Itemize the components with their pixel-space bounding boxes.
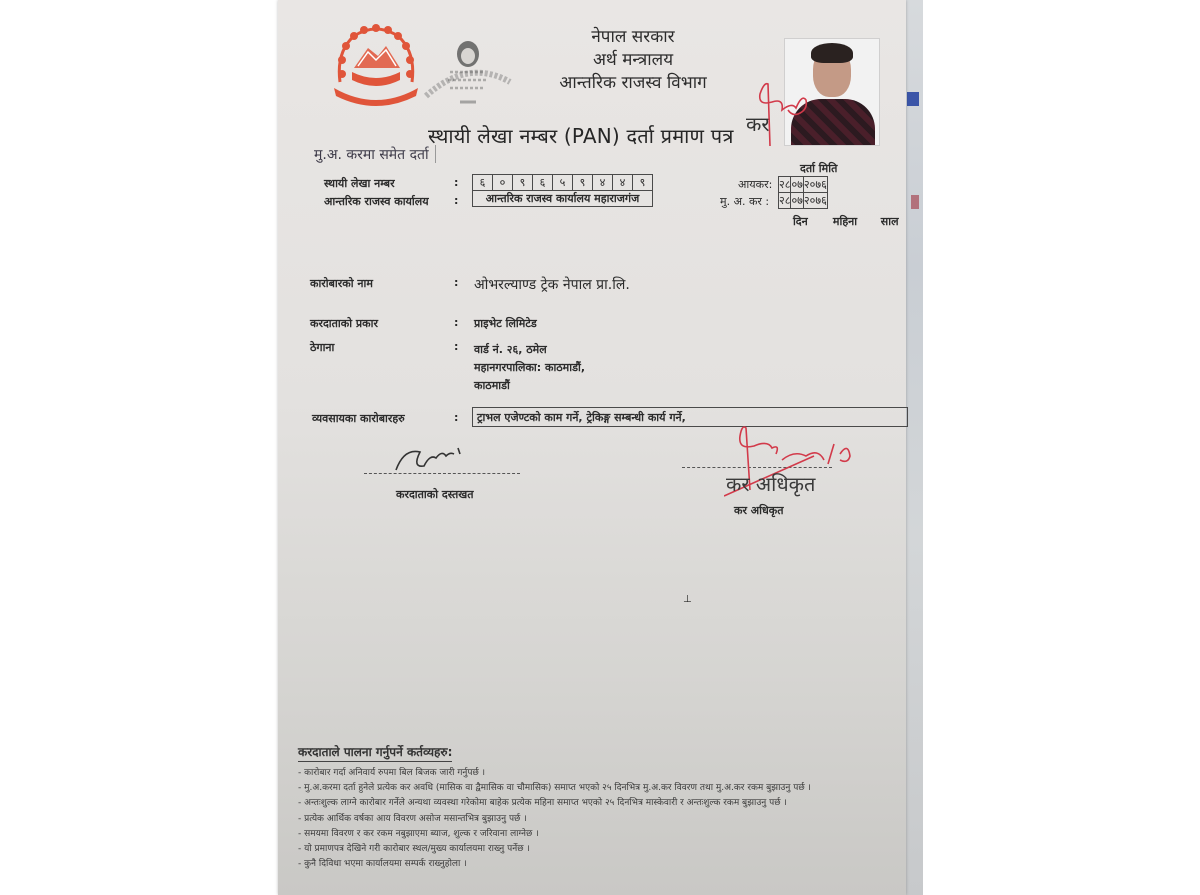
duties-heading: करदाताले पालना गर्नुपर्ने कर्तव्यहरु: — [298, 743, 452, 762]
header-government: नेपाल सरकार — [508, 24, 758, 47]
pan-digit: ९ — [513, 175, 533, 191]
office-label: आन्तरिक राजस्व कार्यालय — [324, 194, 429, 209]
stray-mark: ⊥ — [683, 594, 692, 605]
duty-item: - प्रत्येक आर्थिक वर्षका आय विवरण असोज म… — [298, 812, 898, 827]
date-row-label: आयकर: — [738, 177, 772, 192]
address-line: काठमाडौं — [474, 377, 585, 395]
address-value: वार्ड नं. २६, ठमेलमहानगरपालिका: काठमाडौं… — [474, 341, 585, 395]
header-department: आन्तरिक राजस्व विभाग — [508, 70, 758, 93]
pan-number-table: ६०९६५९४४९ आन्तरिक राजस्व कार्यालय महाराज… — [472, 174, 653, 207]
date-day: २८ — [779, 177, 791, 193]
officer-signature-icon — [748, 80, 818, 150]
pan-colon: : — [454, 176, 458, 189]
officer-stamp: कर अधिकृत — [726, 470, 815, 497]
ird-seal-icon — [420, 36, 514, 110]
pan-digits-row: ६०९६५९४४९ — [473, 175, 653, 191]
taxpayer-duties: करदाताले पालना गर्नुपर्ने कर्तव्यहरु: - … — [298, 741, 898, 872]
taxpayer-signature-label: करदाताको दस्तखत — [396, 487, 474, 502]
duties-list: - कारोबार गर्दा अनिवार्य रुपमा बिल बिजक … — [298, 766, 898, 872]
date-year: २०७६ — [803, 177, 827, 193]
address-line: वार्ड नं. २६, ठमेल — [474, 341, 585, 359]
date-day: २८ — [779, 193, 791, 209]
pan-digit: ० — [493, 175, 513, 191]
taxpayer-type-value: प्राइभेट लिमिटेड — [474, 316, 537, 331]
registration-date-table: २८०७२०७६२८०७२०७६ — [778, 176, 828, 209]
taxpayer-type-label: करदाताको प्रकार — [310, 316, 378, 331]
photo-hair — [811, 43, 853, 63]
background-blue-mark — [907, 92, 919, 106]
address-line: महानगरपालिका: काठमाडौं, — [474, 359, 585, 377]
business-activities-colon: : — [454, 411, 458, 424]
duty-item: - समयमा विवरण र कर रकम नबुझाएमा ब्याज, श… — [298, 827, 898, 842]
pan-digit: ९ — [573, 175, 593, 191]
duty-item: - कारोबार गर्दा अनिवार्य रुपमा बिल बिजक … — [298, 766, 898, 781]
pan-digit: ४ — [613, 175, 633, 191]
pan-label: स्थायी लेखा नम्बर — [324, 176, 395, 191]
vat-registration-note: मु.अ. करमा समेत दर्ता — [314, 145, 436, 163]
pan-digit: ९ — [633, 175, 653, 191]
duty-item: - कुनै दिविधा भएमा कार्यालयमा सम्पर्क रा… — [298, 857, 898, 872]
duty-item: - मु.अ.करमा दर्ता हुनेले प्रत्येक कर अवध… — [298, 781, 898, 796]
business-name-colon: : — [454, 276, 458, 289]
address-label: ठेगाना — [310, 340, 334, 355]
date-column-label: साल — [867, 214, 912, 229]
pan-digit: ६ — [533, 175, 553, 191]
pan-digit: ४ — [593, 175, 613, 191]
nepal-emblem-icon — [330, 22, 422, 106]
business-name-label: कारोबारको नाम — [310, 276, 373, 291]
business-activities-label: व्यवसायका कारोबारहरु — [312, 411, 405, 426]
background-document-edge — [903, 0, 923, 895]
date-row-label: मु. अ. कर : — [720, 194, 769, 209]
duty-item: - यो प्रमाणपत्र देखिने गरी कारोबार स्थल/… — [298, 842, 898, 857]
date-column-labels: दिनमहिनासाल — [778, 214, 912, 229]
registration-date-heading: दर्ता मिति — [800, 161, 837, 176]
address-colon: : — [454, 340, 458, 353]
date-month: ०७ — [791, 177, 803, 193]
pan-certificate: नेपाल सरकार अर्थ मन्त्रालय आन्तरिक राजस्… — [278, 0, 906, 895]
pan-digit: ५ — [553, 175, 573, 191]
duty-item: - अन्तःशुल्क लाग्ने कारोबार गर्नेले अन्य… — [298, 796, 898, 811]
date-year: २०७६ — [803, 193, 827, 209]
background-red-mark — [911, 195, 919, 209]
pan-digit: ६ — [473, 175, 493, 191]
officer-signature-label: कर अधिकृत — [734, 503, 784, 518]
header-ministry: अर्थ मन्त्रालय — [508, 47, 758, 70]
taxpayer-signature-icon — [390, 440, 470, 476]
business-name-value: ओभरल्याण्ड ट्रेक नेपाल प्रा.लि. — [474, 275, 630, 294]
registration-date-row: २८०७२०७६ — [779, 193, 828, 209]
certificate-title: स्थायी लेखा नम्बर (PAN) दर्ता प्रमाण पत्… — [428, 122, 734, 149]
office-value: आन्तरिक राजस्व कार्यालय महाराजगंज — [473, 191, 653, 207]
office-colon: : — [454, 194, 458, 207]
date-column-label: महिना — [823, 214, 868, 229]
date-month: ०७ — [791, 193, 803, 209]
taxpayer-signature-line — [364, 473, 520, 474]
taxpayer-type-colon: : — [454, 316, 458, 329]
registration-date-row: २८०७२०७६ — [779, 177, 828, 193]
date-column-label: दिन — [778, 214, 823, 229]
